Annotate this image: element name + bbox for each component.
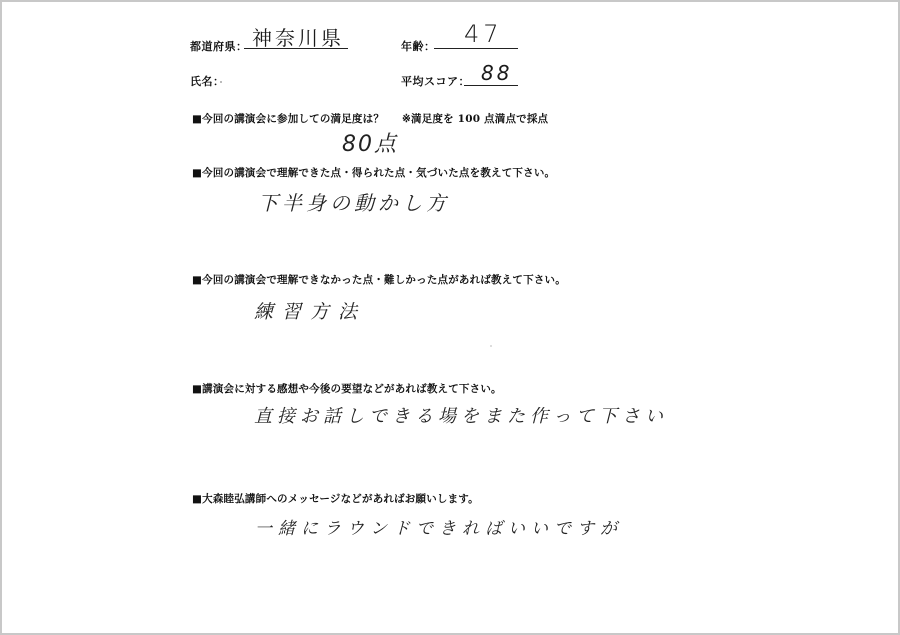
answer-not-understood: 練習方法 <box>254 297 366 324</box>
question-text: ■今回の講演会で理解できた点・得られた点・気づいた点を教えて下さい。 <box>192 167 555 179</box>
prefecture-value: 神奈川県 <box>252 22 344 51</box>
average-score-label: 平均スコア： <box>401 73 470 89</box>
answer-message: 一緒にラウンドできればいいですが <box>255 514 623 539</box>
answer-satisfaction: 80点 <box>342 127 398 158</box>
question-satisfaction: ■今回の講演会に参加しての満足度は？※満足度を 100 点満点で採点 <box>192 111 548 126</box>
survey-form-page: 都道府県： 神奈川県 年齢： 47 氏名： 平均スコア： 88 ■今回の講演会に… <box>0 0 900 635</box>
average-score-underline <box>464 85 518 86</box>
question-note: ※満足度を 100 点満点で採点 <box>402 113 548 125</box>
question-text: ■今回の講演会に参加しての満足度は？ <box>192 113 384 125</box>
scan-speck <box>220 81 222 83</box>
scan-speck <box>490 345 492 347</box>
age-value: 47 <box>464 20 503 48</box>
question-text: ■講演会に対する感想や今後の要望などがあれば教えて下さい。 <box>192 383 502 395</box>
average-score-value: 88 <box>481 61 512 85</box>
question-text: ■今回の講演会で理解できなかった点・難しかった点があれば教えて下さい。 <box>192 274 566 286</box>
answer-understood: 下半身の動かし方 <box>258 187 450 216</box>
question-message: ■大森睦弘講師へのメッセージなどがあればお願いします。 <box>192 491 479 506</box>
question-not-understood: ■今回の講演会で理解できなかった点・難しかった点があれば教えて下さい。 <box>192 272 566 287</box>
prefecture-label: 都道府県： <box>190 38 248 54</box>
answer-feedback: 直接お話しできる場をまた作って下さい <box>254 402 668 428</box>
question-feedback: ■講演会に対する感想や今後の要望などがあれば教えて下さい。 <box>192 381 502 396</box>
question-understood: ■今回の講演会で理解できた点・得られた点・気づいた点を教えて下さい。 <box>192 165 555 180</box>
age-label: 年齢： <box>401 38 436 54</box>
question-text: ■大森睦弘講師へのメッセージなどがあればお願いします。 <box>192 493 479 505</box>
age-underline <box>434 48 518 49</box>
